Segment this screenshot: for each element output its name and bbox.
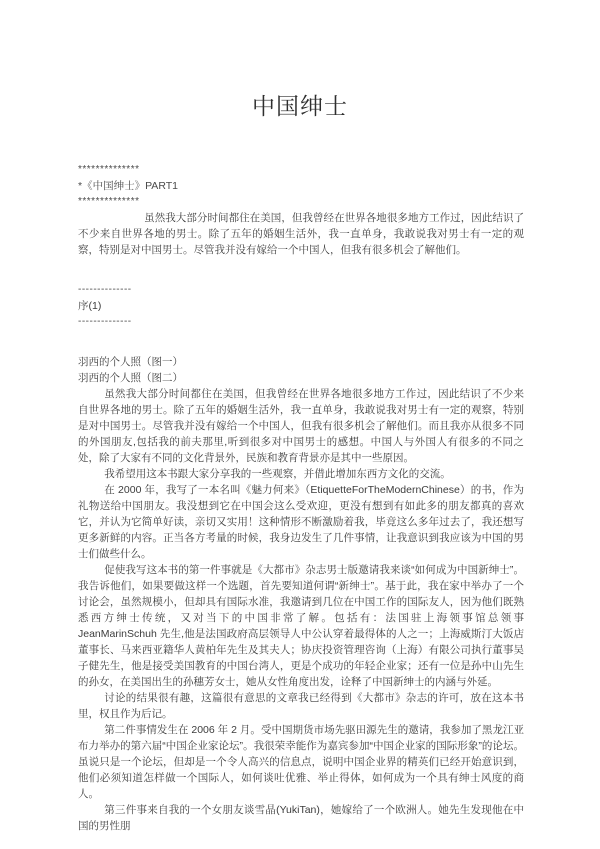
document-page: 中国绅士 ************** *《中国绅士》PART1 *******… (0, 0, 600, 849)
document-body: ************** *《中国绅士》PART1 ************… (78, 162, 524, 834)
photo-caption-list: 羽西的个人照（图一） 羽西的个人照（图二） (78, 354, 524, 386)
divider-dashes-top: -------------- (78, 282, 524, 298)
divider-dashes-bottom: -------------- (78, 314, 524, 330)
photo-caption: 羽西的个人照（图一） (78, 354, 524, 370)
body-paragraph: 讨论的结果很有趣，这篇很有意思的文章我已经得到《大都市》杂志的许可，放在这本书里… (78, 690, 524, 722)
body-paragraph: 虽然我大部分时间都住在美国，但我曾经在世界各地很多地方工作过，因此结识了不少来自… (78, 386, 524, 466)
body-paragraph: 我希望用这本书跟大家分享我的一些观察，并借此增加东西方文化的交流。 (78, 466, 524, 482)
part1-label: *《中国绅士》PART1 (78, 178, 524, 194)
photo-caption: 羽西的个人照（图二） (78, 370, 524, 386)
document-title: 中国绅士 (0, 90, 600, 124)
section-divider: -------------- 序(1) -------------- (78, 282, 524, 330)
section-title: 序(1) (78, 298, 524, 314)
body-paragraph: 在 2000 年，我写了一本名叫《魅力何来》（EtiquetteForTheMo… (78, 482, 524, 562)
body-paragraph: 第二件事情发生在 2006 年 2 月。受中国期货市场先驱田源先生的邀请，我参加… (78, 722, 524, 802)
body-paragraph: 促使我写这本书的第一件事就是《大都市》杂志男士版邀请我来谈“如何成为中国新绅士”… (78, 562, 524, 690)
part1-stars-top: ************** (78, 162, 524, 178)
body-paragraph: 第三件事来自我的一个女朋友谈雪晶(YukiTan)，她嫁给了一个欧洲人。她先生发… (78, 802, 524, 834)
intro-paragraph: 虽然我大部分时间都住在美国，但我曾经在世界各地很多地方工作过，因此结识了不少来自… (78, 210, 524, 258)
part1-stars-bottom: ************** (78, 194, 524, 210)
